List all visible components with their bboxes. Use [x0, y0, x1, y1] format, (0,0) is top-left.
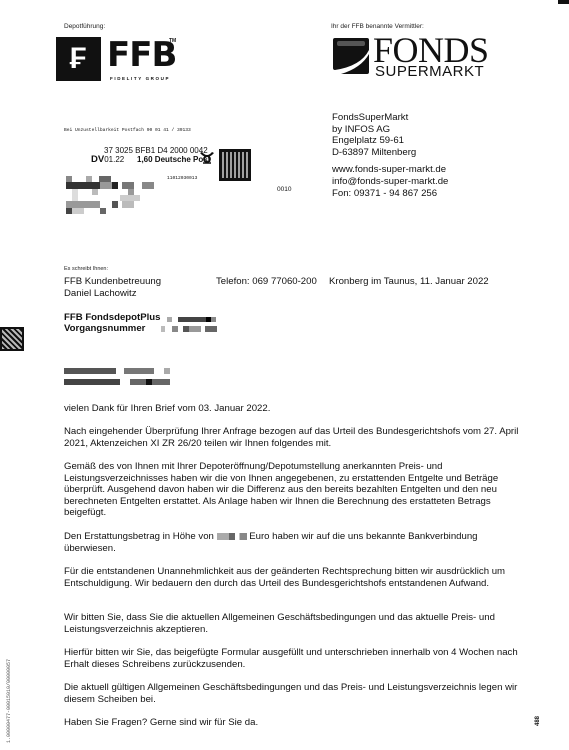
franking-code: 37 3025 BFB1 D4 2000 0042	[104, 146, 208, 155]
body-paragraph: Haben Sie Fragen? Gerne sind wir für Sie…	[64, 717, 524, 729]
page-code: 0010	[277, 186, 291, 193]
postage-datamatrix	[219, 149, 251, 181]
sender-phone: Fon: 09371 - 94 867 256	[332, 188, 448, 200]
franking-line: DV01.22	[91, 155, 124, 165]
ffb-f-icon: ₣	[68, 43, 88, 75]
depot-label: Depotführung:	[64, 23, 105, 30]
sender-email: info@fonds-super-markt.de	[332, 176, 448, 188]
place-date: Kronberg im Taunus, 11. Januar 2022	[329, 276, 489, 288]
writer-department: FFB Kundenbetreuung	[64, 276, 161, 288]
body-paragraph: Für die entstandenen Unannehmlichkeit au…	[64, 566, 524, 589]
sort-code: 11012030013	[167, 176, 197, 181]
body-paragraph: Die aktuell gültigen Allgemeinen Geschäf…	[64, 682, 524, 705]
return-address-line: Bei Unzustellbarkeit Postfach 90 01 41 /…	[64, 128, 191, 133]
redacted-depot-number	[167, 314, 225, 334]
side-datamatrix	[0, 327, 24, 351]
sender-address-line: Engelplatz 59-61	[332, 135, 448, 147]
body-paragraph: Nach eingehender Überprüfung Ihrer Anfra…	[64, 426, 524, 449]
supermarkt-wordmark: SUPERMARKT	[375, 64, 484, 80]
refund-text-before: Den Erstattungsbetrag in Höhe von	[64, 531, 214, 542]
corner-mark	[558, 0, 569, 4]
sender-address: FondsSuperMarkt by INFOS AG Engelplatz 5…	[332, 112, 448, 199]
body-paragraph: Gemäß des von Ihnen mit Ihrer Depoteröff…	[64, 461, 524, 519]
page-number: 488	[535, 716, 541, 726]
subject-product: FFB FondsdepotPlus	[64, 312, 160, 324]
body-paragraph: Hierfür bitten wir Sie, das beigefügte F…	[64, 647, 524, 670]
writer-label: Es schreibt Ihnen:	[64, 266, 108, 272]
ffb-wordmark: FFB	[107, 38, 176, 72]
sender-address-line: FondsSuperMarkt	[332, 112, 448, 124]
ffb-logo-mark: ₣	[56, 37, 101, 81]
writer-phone: Telefon: 069 77060-200	[216, 276, 317, 288]
body-paragraph: Wir bitten Sie, dass Sie die aktuellen A…	[64, 612, 524, 635]
ffb-subtitle: FIDELITY GROUP	[110, 76, 170, 81]
body-paragraph: vielen Dank für Ihren Brief vom 03. Janu…	[64, 403, 524, 415]
body-paragraph-refund: Den Erstattungsbetrag in Höhe von Euro h…	[64, 531, 524, 554]
redacted-amount	[217, 533, 247, 540]
broker-label: Ihr der FFB benannte Vermittler:	[331, 23, 424, 30]
left-margin-code: 1.00000477-00015010/00000057	[6, 633, 12, 743]
dv-label: DV	[91, 154, 104, 165]
ffb-trademark: TM	[169, 38, 176, 44]
writer-name: Daniel Lachowitz	[64, 288, 137, 300]
deutsche-post-horn-icon	[199, 151, 215, 164]
fondssupermarkt-logo-icon	[331, 36, 371, 76]
subject-reference: Vorgangsnummer	[64, 323, 145, 335]
sender-address-line: D-63897 Miltenberg	[332, 147, 448, 159]
dv-date: 01.22	[104, 155, 124, 164]
sender-address-line: by INFOS AG	[332, 124, 448, 136]
sender-website: www.fonds-super-markt.de	[332, 164, 448, 176]
redacted-recipient-address	[66, 176, 154, 232]
redacted-salutation	[64, 368, 194, 390]
